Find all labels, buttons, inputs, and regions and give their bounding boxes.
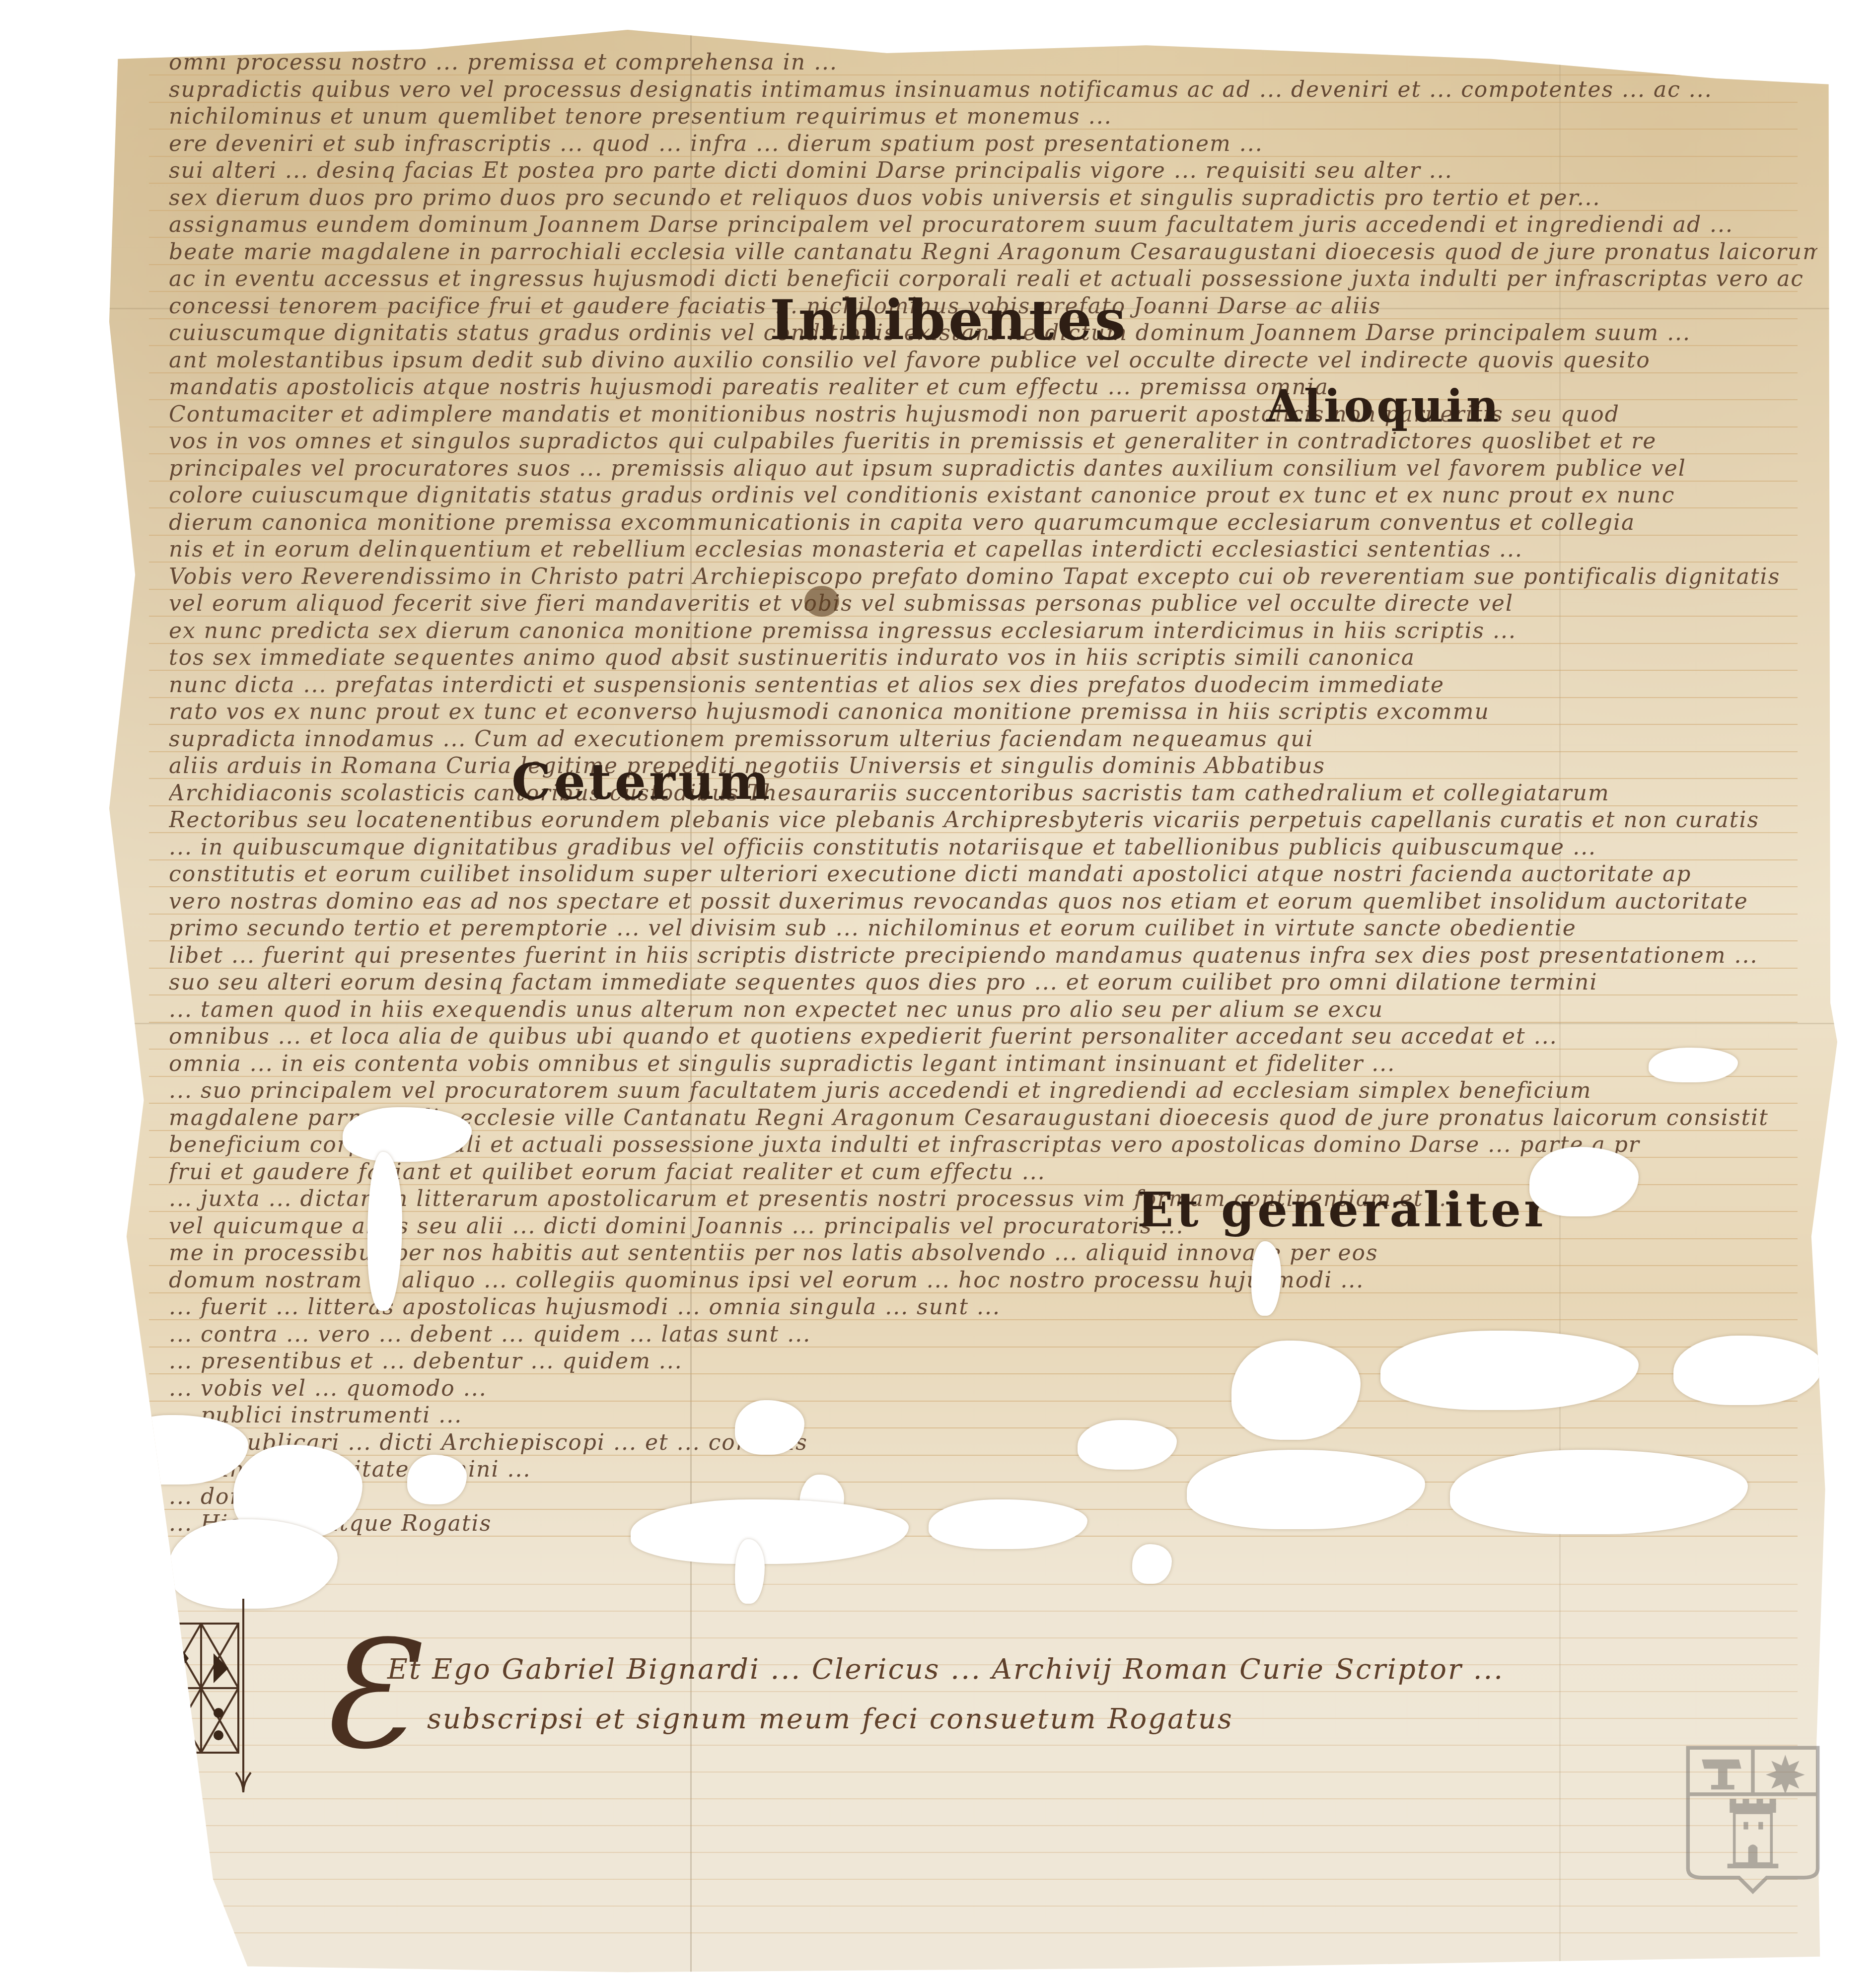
manuscript-line: vel quicumque alius seu alii ... dicti d… [169,1213,1817,1239]
ruling-line [149,1879,1798,1880]
manuscript-line: nichilominus et unum quemlibet tenore pr… [169,104,1817,129]
manuscript-line: suo seu alteri eorum desinq factam immed… [169,970,1817,995]
manuscript-line: supradictis quibus vero vel processus de… [169,77,1817,102]
manuscript-line: colore cuiuscumque dignitatis status gra… [169,483,1817,508]
heraldic-shield-icon [1683,1743,1822,1897]
manuscript-line: aliis arduis in Romana Curia legitime pr… [169,753,1817,779]
manuscript-line: Vobis vero Reverendissimo in Christo pat… [169,564,1817,589]
manuscript-line: ex nunc predicta sex dierum canonica mon… [169,618,1817,643]
manuscript-line: assignamus eundem dominum Joannem Darse … [169,212,1817,237]
manuscript-line: vero nostras domino eas ad nos spectare … [169,889,1817,914]
manuscript-line: sex dierum duos pro primo duos pro secun… [169,185,1817,211]
manuscript-line: rato vos ex nunc prout ex tunc et econve… [169,699,1817,724]
manuscript-line: principales vel procuratores suos ... pr… [169,456,1817,481]
manuscript-line: primo secundo tertio et peremptorie ... … [169,916,1817,941]
display-word-et-generaliter: Et generaliter [1137,1182,1552,1238]
damage-hole [1132,1544,1172,1584]
manuscript-line: Rectoribus seu locatenentibus eorundem p… [169,807,1817,833]
notarial-signum-icon [149,1594,258,1802]
parchment-sheet: omni processu nostro ... premissa et com… [109,30,1837,1976]
manuscript-line: constitutis et eorum cuilibet insolidum … [169,861,1817,887]
display-word-nisi-forte: Alioquin [1266,380,1502,432]
ruling-line [149,1932,1798,1933]
subscription-initial: Ɛ [318,1609,414,1782]
manuscript-line: dierum canonica monitione premissa excom… [169,510,1817,535]
manuscript-line: omnibus ... et loca alia de quibus ubi q… [169,1024,1817,1049]
manuscript-line: tos sex immediate sequentes animo quod a… [169,645,1817,670]
manuscript-line: nis et in eorum delinquentium et rebelli… [169,537,1817,562]
damage-hole [735,1539,765,1604]
ruling-line [149,1798,1798,1799]
manuscript-line: domum nostram in aliquo ... collegiis qu… [169,1268,1817,1293]
damage-hole [1649,1048,1738,1082]
manuscript-line: libet ... fuerint qui presentes fuerint … [169,943,1817,968]
ruling-line [149,1852,1798,1853]
manuscript-line: me in processibus per nos habitis aut se… [169,1240,1817,1266]
manuscript-line: vel eorum aliquod fecerit sive fieri man… [169,591,1817,616]
subscription-line-2: subscripsi et signum meum feci consuetum… [427,1703,1233,1735]
manuscript-line: Contumaciter et adimplere mandatis et mo… [169,402,1817,427]
ruling-line [149,1906,1798,1907]
manuscript-line: ... fuerit ... litteras apostolicas huju… [169,1294,1817,1320]
damage-hole [631,1499,909,1564]
manuscript-line: ... tamen quod in hiis exequendis unus a… [169,997,1817,1022]
manuscript-line: omni processu nostro ... premissa et com… [169,50,1817,75]
manuscript-line: ... publici instrumenti ... [169,1403,1817,1428]
manuscript-line: mandatis apostolicis atque nostris hujus… [169,374,1817,400]
manuscript-line: nunc dicta ... prefatas interdicti et su… [169,672,1817,698]
display-word-ceterum: Ceterum [511,752,773,811]
display-word-inhibentes: Inhibentes [770,288,1129,352]
manuscript-line: ere deveniri et sub infrascriptis ... qu… [169,131,1817,156]
subscription-line-1: Et Ego Gabriel Bignardi ... Clericus ...… [387,1653,1504,1686]
ink-stain [804,586,839,617]
manuscript-line: Archidiaconis scolasticis cantoribus cus… [169,780,1817,806]
manuscript-line: omnia ... in eis contenta vobis omnibus … [169,1051,1817,1076]
manuscript-line: ... in quibuscumque dignitatibus gradibu… [169,835,1817,860]
manuscript-line: ... suo principalem vel procuratorem suu… [169,1078,1817,1103]
manuscript-line: beate marie magdalene in parrochiali ecc… [169,239,1817,265]
manuscript-line: vos in vos omnes et singulos supradictos… [169,428,1817,454]
manuscript-line: supradicta innodamus ... Cum ad executio… [169,726,1817,752]
damage-hole [929,1499,1087,1549]
ruling-line [149,1584,1798,1585]
ruling-line [149,1825,1798,1826]
manuscript-line: sui alteri ... desinq facias Et postea p… [169,158,1817,183]
